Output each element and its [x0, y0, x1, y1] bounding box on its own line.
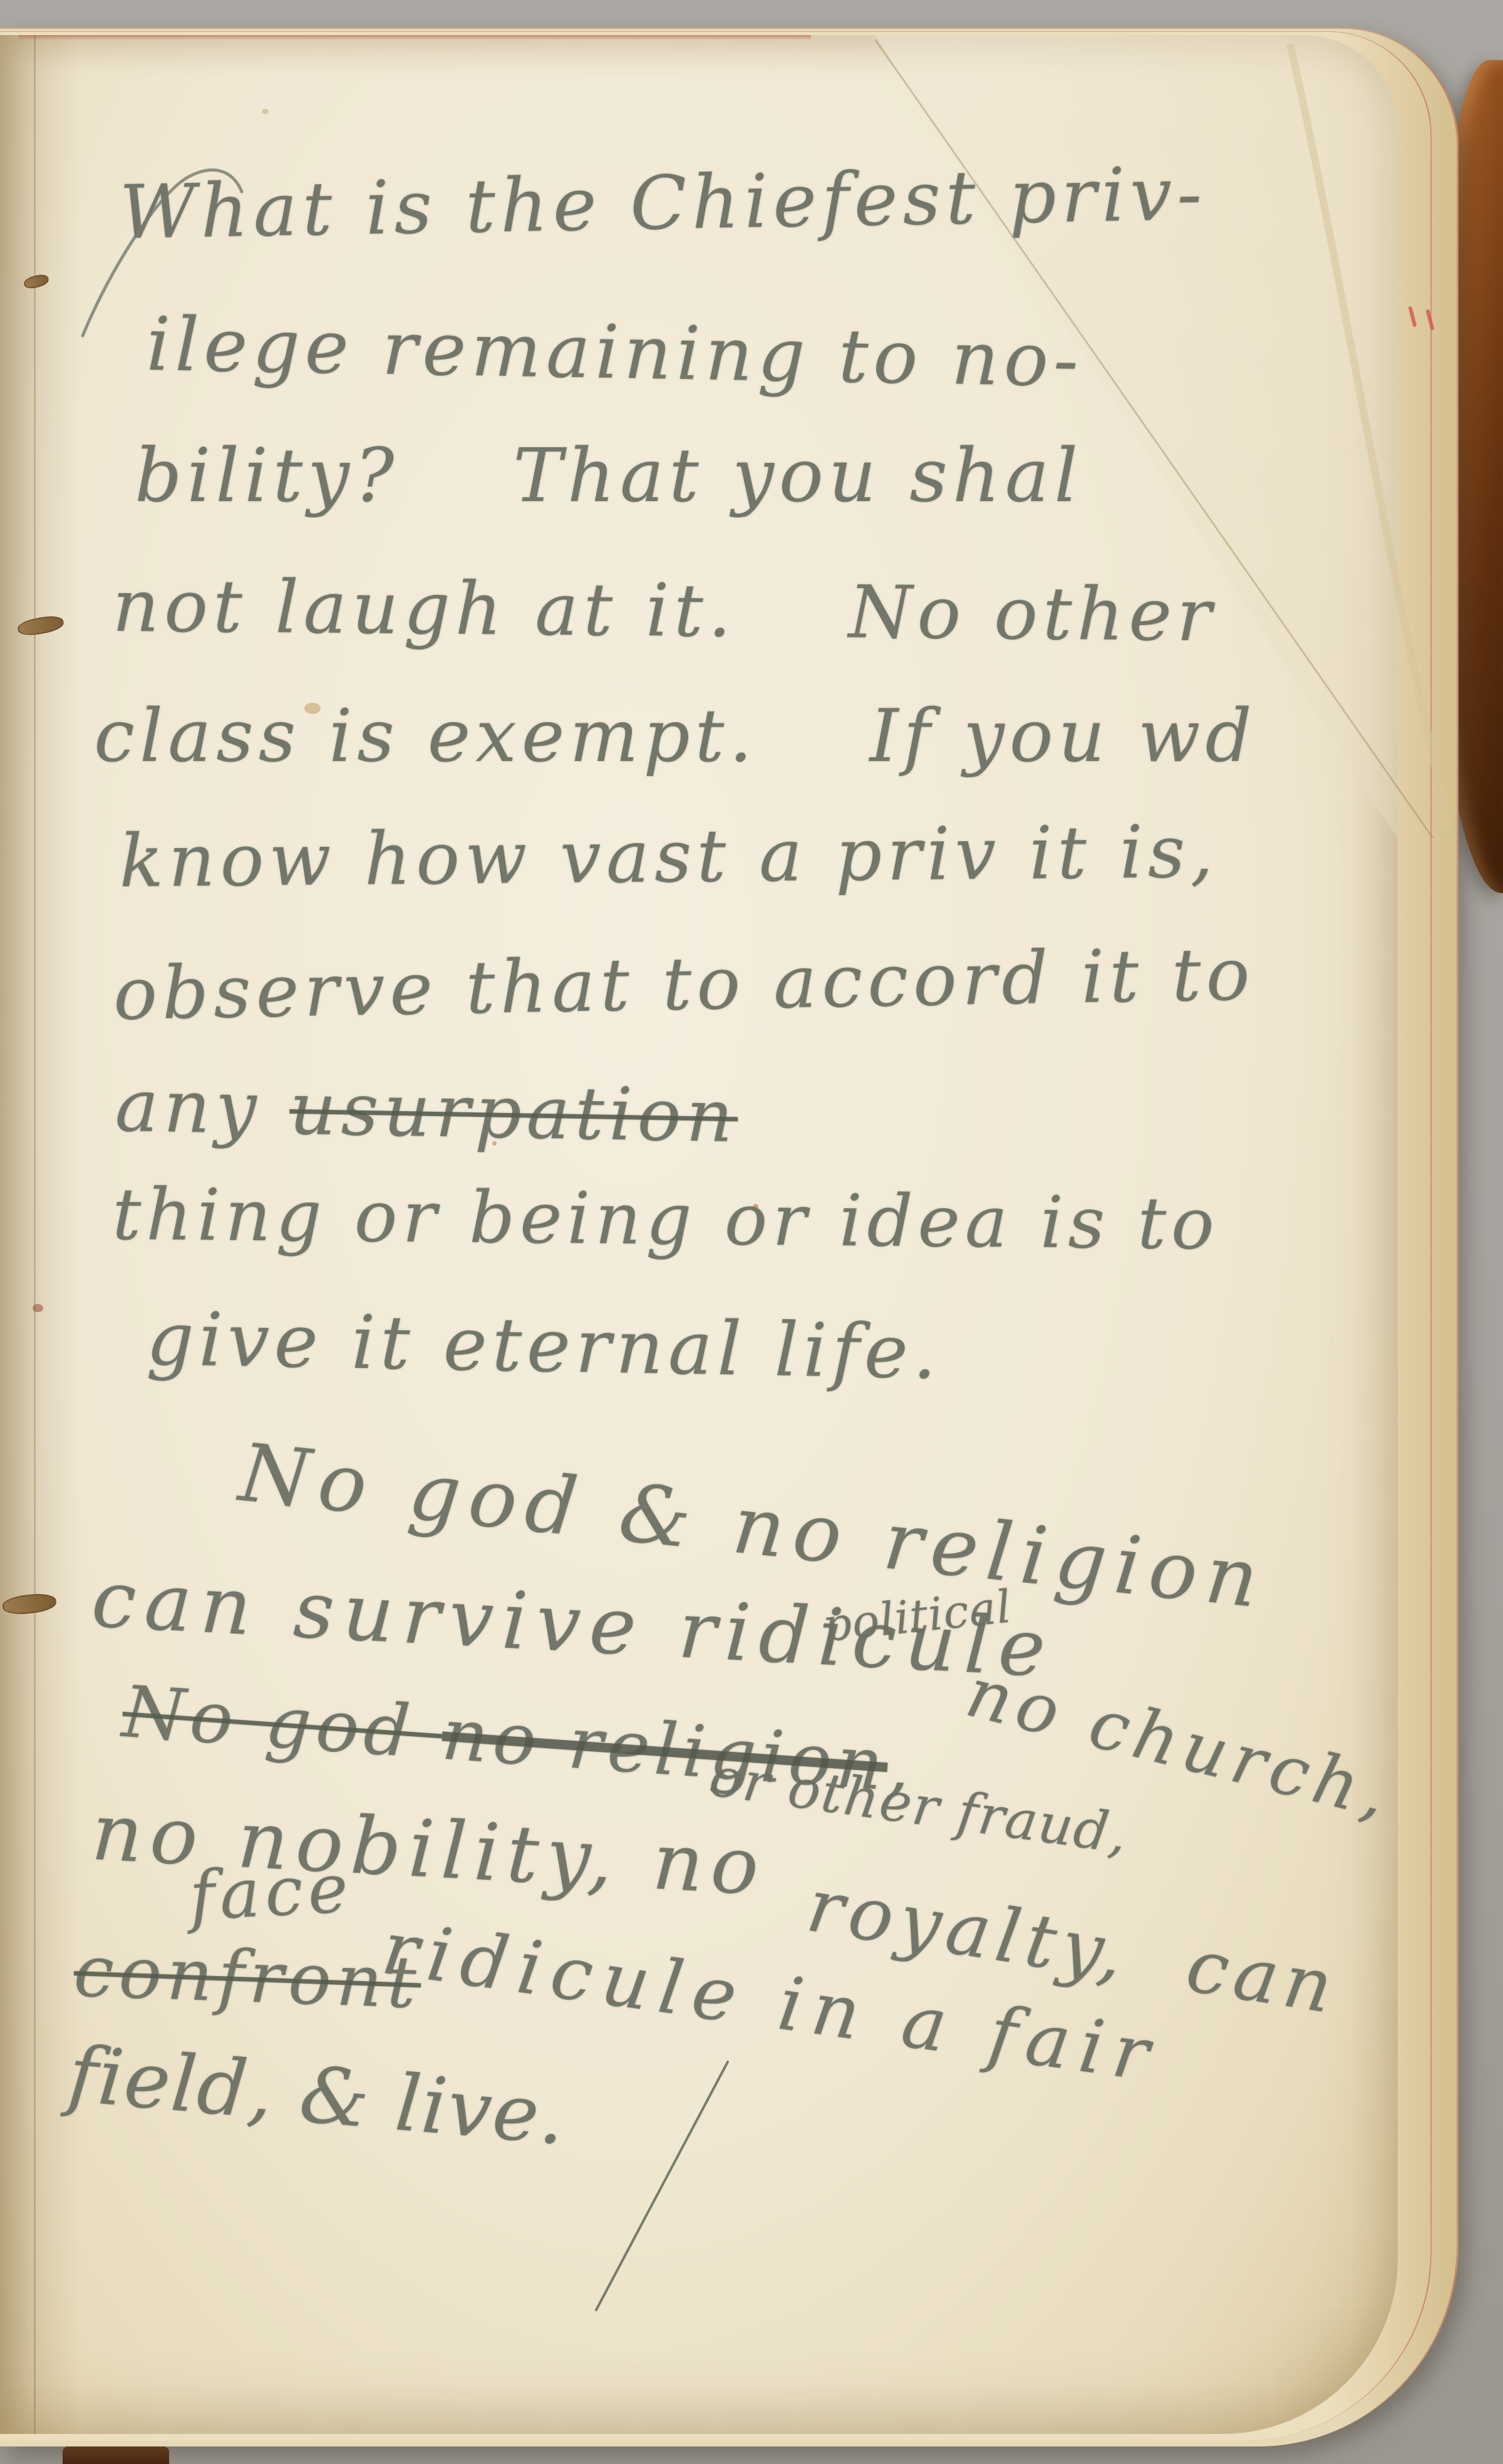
foxing-spot [33, 1304, 43, 1312]
handwritten-line-8: any usurpation [115, 1070, 738, 1153]
handwritten-line-17: confront [73, 1935, 422, 2019]
handwriting-segment: any [115, 1064, 291, 1151]
struck-out-word: usurpation [289, 1067, 738, 1159]
struck-out-word: confront [73, 1929, 423, 2024]
interlined-phrase-or-other-fraud: or other fraud, [706, 1750, 1132, 1862]
handwriting-segment: not laugh at it. No other [112, 564, 1217, 658]
handwritten-line-9: thing or being or idea is to [112, 1179, 1219, 1260]
notebook-page: What is the Chiefest priv- ilege remaini… [0, 35, 1398, 2434]
struck-out-word: No god [120, 1670, 445, 1775]
notebook-photo: What is the Chiefest priv- ilege remaini… [0, 0, 1503, 2464]
handwriting-segment: give it eternal life. [146, 1295, 943, 1395]
handwritten-line-5: class is exempt. If you wd [94, 700, 1257, 773]
handwritten-line-1: What is the Chiefest priv- [119, 157, 1207, 249]
foxing-spot [262, 109, 269, 114]
handwritten-line-3: bility? That you shal [135, 438, 1083, 512]
handwriting-segment: observe that to accord it to [113, 932, 1256, 1037]
handwritten-line-4: not laugh at it. No other [112, 570, 1217, 652]
handwriting-segment: face [188, 1849, 355, 1935]
handwriting-segment: thing or being or idea is to [112, 1172, 1219, 1265]
handwriting-segment: class is exempt. If you wd [94, 694, 1257, 779]
handwritten-line-10: give it eternal life. [146, 1302, 942, 1389]
handwriting-segment: or other fraud, [706, 1746, 1132, 1866]
handwritten-line-19: field, & live. [65, 2036, 569, 2156]
handwriting-segment: bility? That you shal [135, 432, 1083, 519]
handwriting-segment: ilege remaining to no- [146, 301, 1084, 403]
handwritten-line-6: know how vast a priv it is, [119, 816, 1219, 898]
handwriting-segment: field, & live. [65, 2029, 569, 2163]
handwritten-line-7: observe that to accord it to [113, 938, 1255, 1031]
interlined-word-face: face [188, 1855, 354, 1930]
handwritten-line-2: ilege remaining to no- [146, 307, 1084, 397]
handwriting-segment: know how vast a priv it is, [119, 810, 1219, 904]
